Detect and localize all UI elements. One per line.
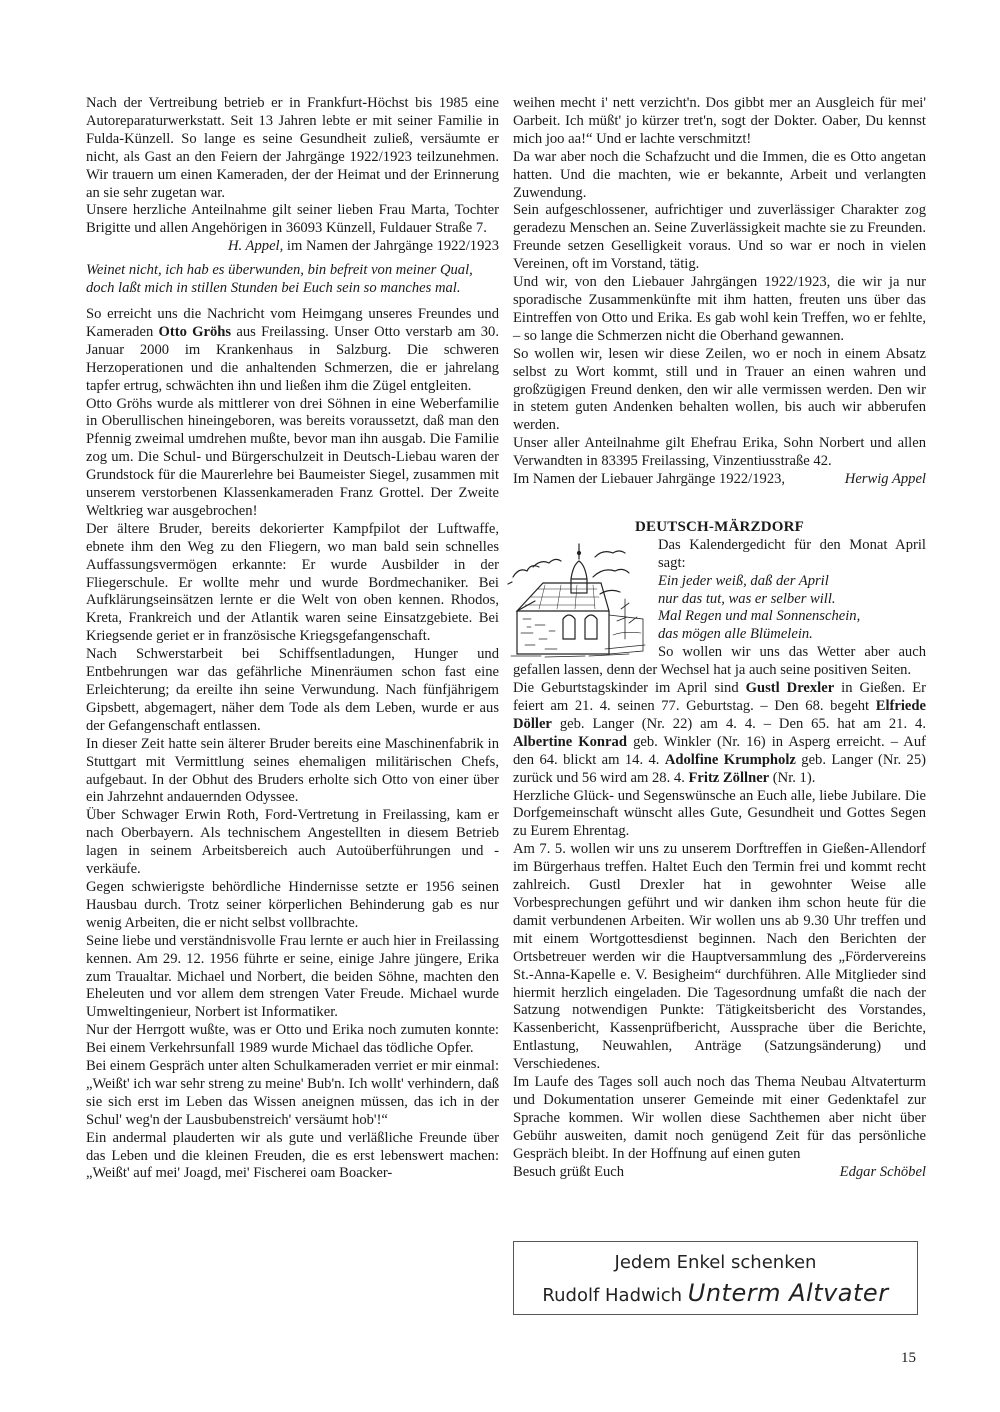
memorial-poem: Weinet nicht, ich hab es überwunden, bin… [86, 262, 499, 298]
person-name: Adolfine Krumpholz [665, 752, 796, 768]
paragraph: Über Schwager Erwin Roth, Ford-Vertretun… [86, 807, 499, 879]
paragraph: Unsere herzliche Anteilnahme gilt seiner… [86, 202, 499, 238]
paragraph: So wollen wir, lesen wir diese Zeilen, w… [513, 346, 926, 436]
paragraph: weihen mecht i' nett verzicht'n. Dos gib… [513, 95, 926, 149]
right-column: weihen mecht i' nett verzicht'n. Dos gib… [513, 95, 926, 1181]
signature: Im Namen der Liebauer Jahrgänge 1922/192… [513, 471, 926, 489]
signature-name: Edgar Schöbel [840, 1164, 926, 1182]
poem-line: doch laßt mich in stillen Stunden bei Eu… [86, 280, 499, 298]
ad-author: Rudolf Hadwich [542, 1285, 687, 1306]
paragraph: In dieser Zeit hatte sein älterer Bruder… [86, 736, 499, 808]
paragraph: Im Laufe des Tages soll auch noch das Th… [513, 1074, 926, 1164]
paragraph: Otto Gröhs wurde als mittlerer von drei … [86, 396, 499, 521]
paragraph: Nur der Herrgott wußte, was er Otto und … [86, 1022, 499, 1058]
deceased-name: Otto Gröhs [159, 324, 232, 340]
paragraph: Da war aber noch die Schafzucht und die … [513, 149, 926, 203]
section-title: DEUTSCH-MÄRZDORF [513, 519, 926, 537]
left-column: Nach der Vertreibung betrieb er in Frank… [86, 95, 499, 1183]
ad-book-title: Unterm Altvater [688, 1279, 889, 1307]
paragraph: Der ältere Bruder, bereits dekorierter K… [86, 521, 499, 646]
person-name: Albertine Konrad [513, 734, 627, 750]
signature: H. Appel, im Namen der Jahrgänge 1922/19… [86, 238, 499, 256]
person-name: Fritz Zöllner [689, 770, 770, 786]
signature-name: Herwig Appel [845, 471, 926, 489]
paragraph: Bei einem Gespräch unter alten Schulkame… [86, 1058, 499, 1130]
paragraph: Ein andermal plauderten wir als gute und… [86, 1130, 499, 1184]
church-icon [505, 539, 650, 661]
paragraph: Unser aller Anteilnahme gilt Ehefrau Eri… [513, 435, 926, 471]
paragraph: Nach der Vertreibung betrieb er in Frank… [86, 95, 499, 202]
person-name: Gustl Drexler [746, 680, 835, 696]
paragraph: Herzliche Glück- und Segenswünsche an Eu… [513, 788, 926, 842]
paragraph: Und wir, von den Liebauer Jahrgängen 192… [513, 274, 926, 346]
poem-line: Weinet nicht, ich hab es überwunden, bin… [86, 262, 499, 280]
signature-name: H. Appel, [228, 238, 283, 254]
paragraph: Am 7. 5. wollen wir uns zu unserem Dorft… [513, 841, 926, 1074]
paragraph: Gegen schwierigste behördliche Hindernis… [86, 879, 499, 933]
book-advertisement: Jedem Enkel schenken Rudolf Hadwich Unte… [513, 1241, 918, 1315]
paragraph: So erreicht uns die Nachricht vom Heimga… [86, 306, 499, 396]
ad-tagline: Jedem Enkel schenken [514, 1252, 917, 1273]
church-illustration [505, 539, 650, 661]
paragraph: Nach Schwerstarbeit bei Schiffsentladung… [86, 646, 499, 736]
birthday-paragraph: Die Geburtstagskinder im April sind Gust… [513, 680, 926, 787]
paragraph: Seine liebe und verständnisvolle Frau le… [86, 933, 499, 1023]
paragraph: Sein aufgeschlossener, aufrichtiger und … [513, 202, 926, 274]
closing-signature: Besuch grüßt Euch Edgar Schöbel [513, 1164, 926, 1182]
ad-book-line: Rudolf Hadwich Unterm Altvater [514, 1279, 917, 1307]
calendar-poem-block: Das Kalendergedicht für den Monat April … [513, 537, 926, 680]
page-number: 15 [901, 1350, 916, 1367]
